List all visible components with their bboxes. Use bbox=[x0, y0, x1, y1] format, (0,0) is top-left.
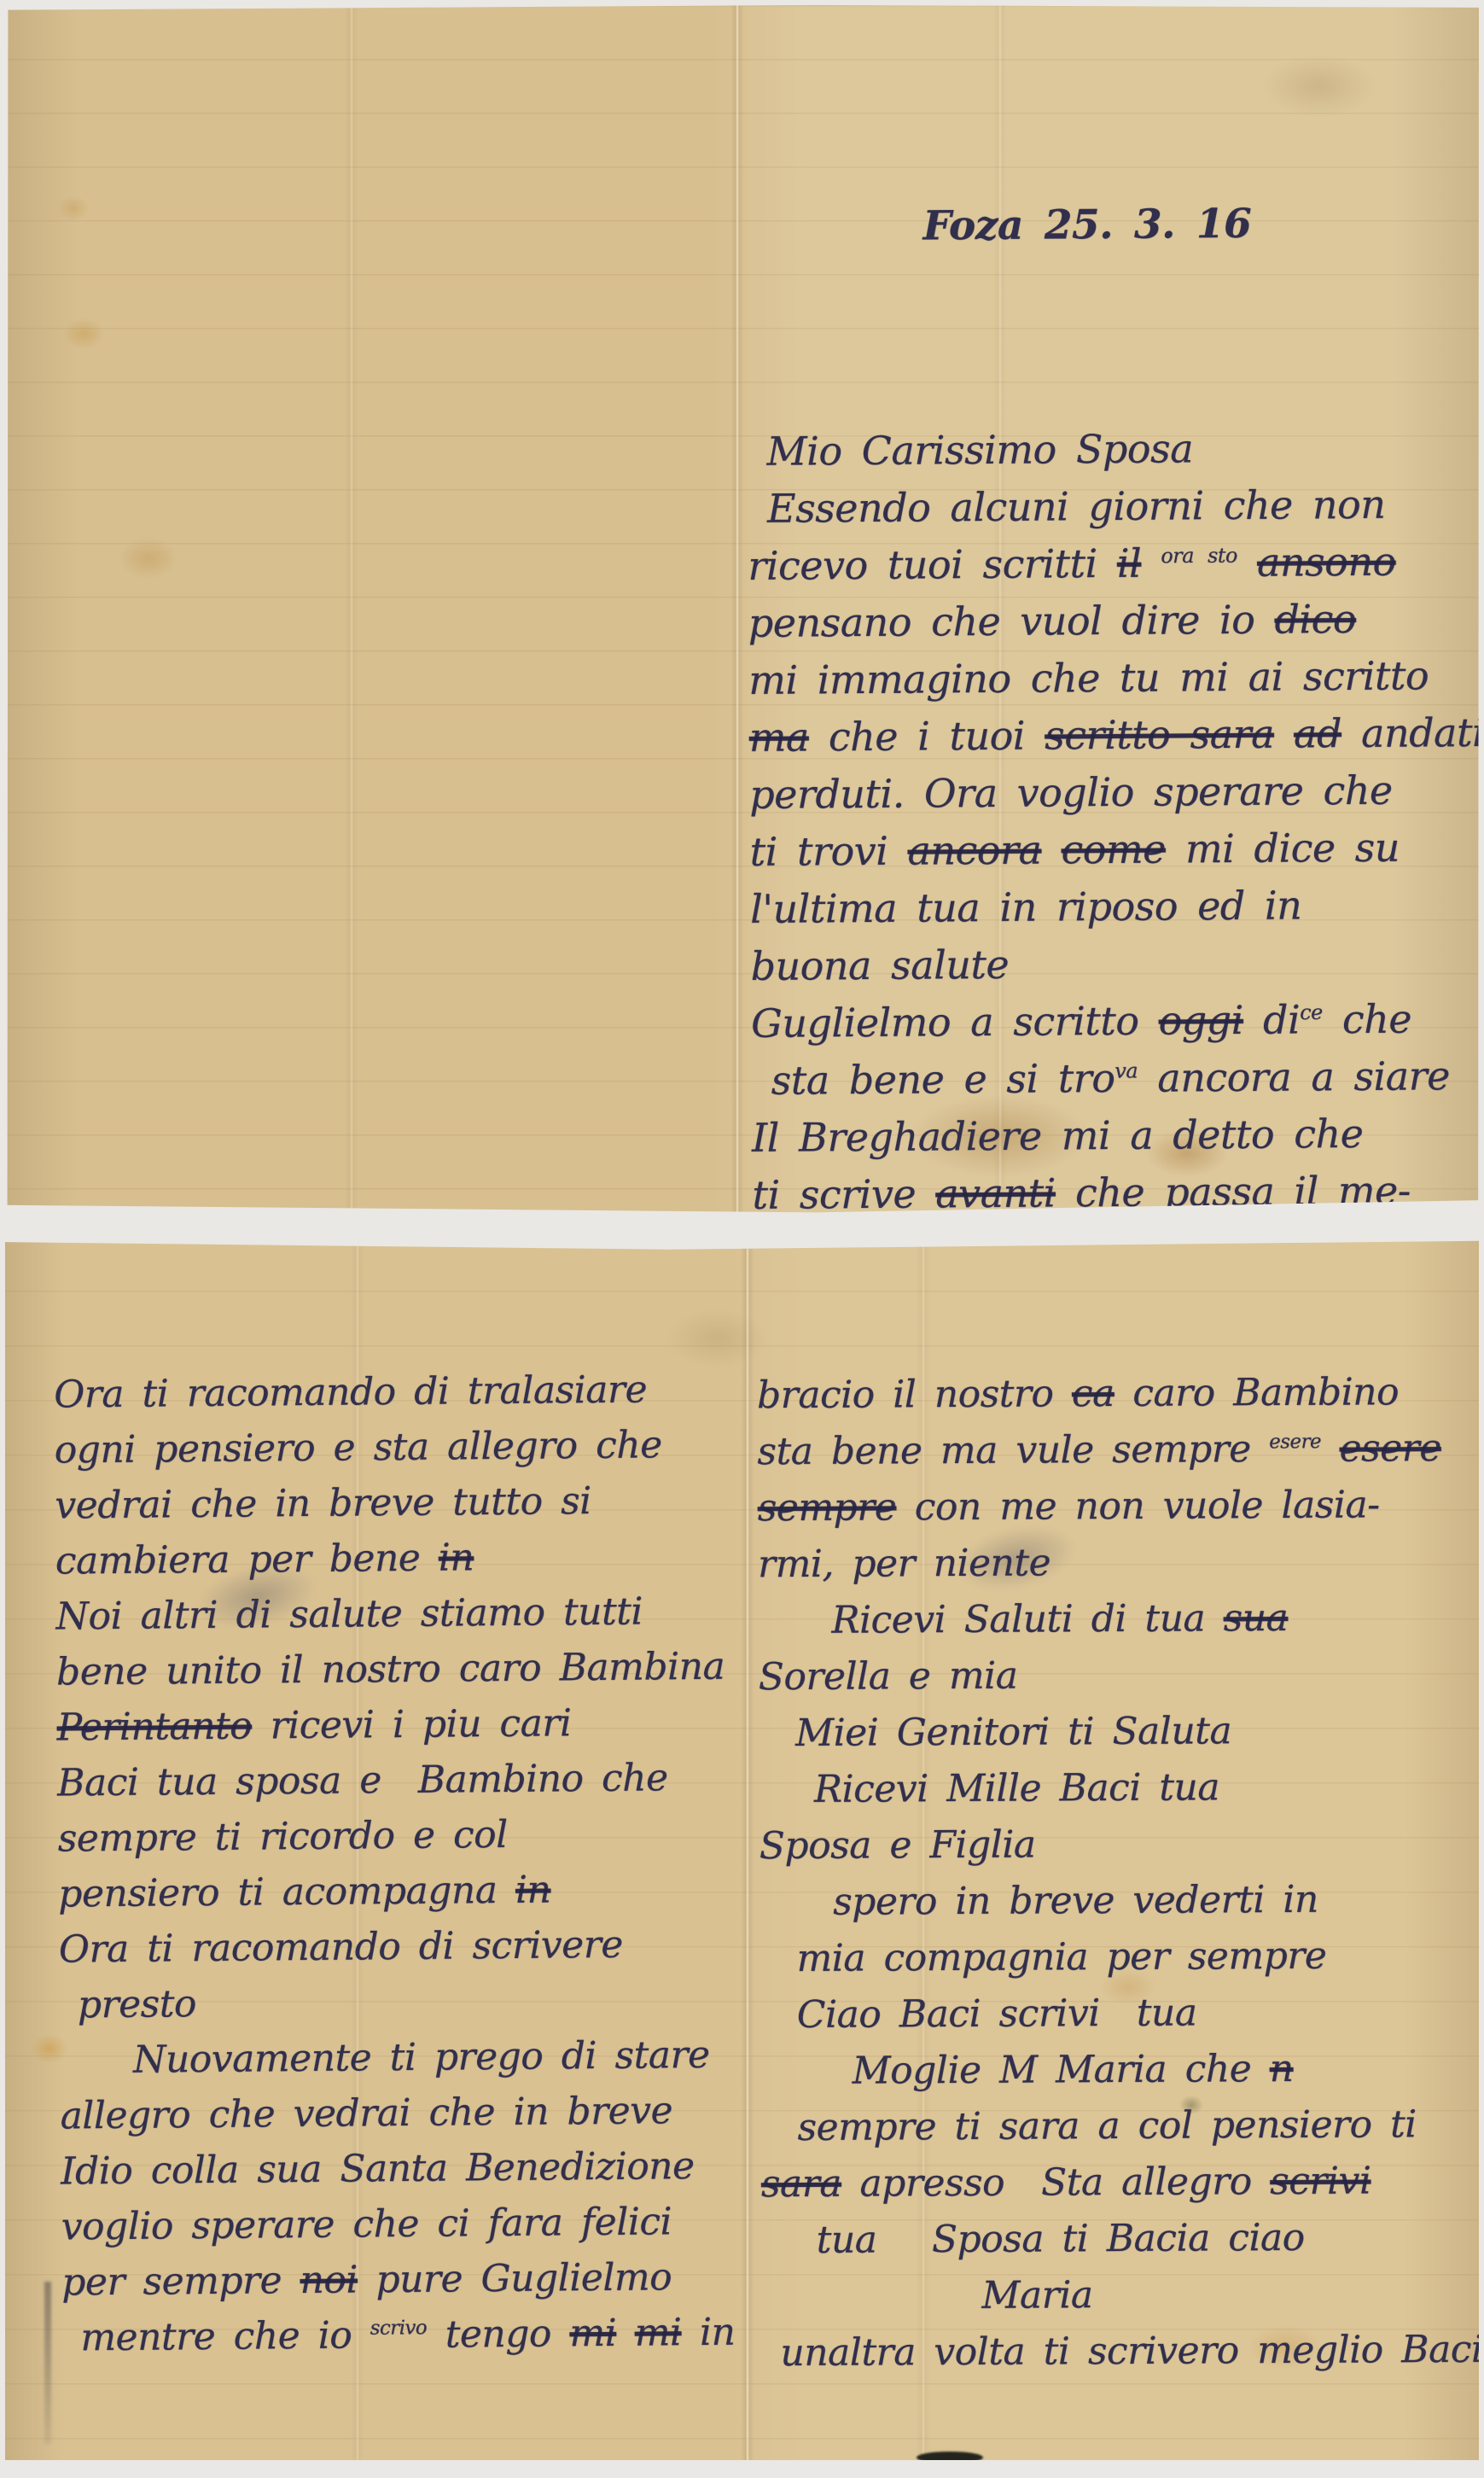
letter-line: buona salute bbox=[750, 933, 1467, 995]
letter-line: cambiera per bene in bbox=[55, 1528, 743, 1589]
letter-sheet-page-1: Foza 25. 3. 16 Mio Carissimo Sposa Essen… bbox=[5, 5, 1479, 1217]
letter-line: ogni pensiero e sta allegro che bbox=[54, 1417, 742, 1478]
letter-line: spero in breve vederti in bbox=[759, 1871, 1476, 1931]
letter-line: ti scrive avanti che passa il me- bbox=[752, 1162, 1469, 1224]
edge-ink-streak bbox=[44, 2282, 51, 2444]
letter-line: Ricevi Saluti di tua sua bbox=[758, 1589, 1475, 1649]
letter-line: sempre ti sara a col pensiero ti bbox=[760, 2096, 1477, 2156]
letter-line: vedrai che in breve tutto si bbox=[55, 1472, 742, 1534]
letter-line: Idio colla sua Santa Benedizione bbox=[61, 2137, 748, 2199]
letter-line: Baci tua sposa e Bambino che bbox=[57, 1749, 745, 1810]
letter-line: Ora ti racomando di scrivere bbox=[59, 1915, 747, 1977]
letter-line: Nuovamente ti prego di stare bbox=[60, 2026, 748, 2088]
letter-line: bene unito il nostro caro Bambina bbox=[56, 1638, 744, 1700]
letter-line: Ora ti racomando di tralasiare bbox=[54, 1361, 742, 1423]
fold-crease bbox=[730, 5, 744, 1217]
letter-line: Guglielmo a scritto oggi dice che bbox=[751, 990, 1468, 1052]
letter-line: ma che i tuoi scritto sara ad andati bbox=[749, 704, 1466, 767]
letter-line: mi immagino che tu mi ai scritto bbox=[748, 647, 1465, 709]
letter-line: ti trovi ancora come mi dice su bbox=[749, 819, 1466, 881]
letter-line: rmi, per niente bbox=[758, 1533, 1475, 1593]
letter-line: sara apresso Sta allegro scrivi bbox=[761, 2153, 1478, 2213]
letter-line: pensano che vuol dire io dico bbox=[748, 590, 1465, 652]
letter-line: allegro che vedrai che in breve bbox=[60, 2082, 748, 2143]
ink-blot bbox=[917, 2452, 983, 2463]
letter-line: Sposa e Figlia bbox=[759, 1815, 1476, 1875]
page1-lines: Mio Carissimo Sposa Essendo alcuni giorn… bbox=[747, 418, 1469, 1338]
letter-line: mia compagnia per sempre bbox=[759, 1927, 1476, 1987]
letter-line: tua Sposa ti Bacia ciao bbox=[761, 2209, 1478, 2269]
letter-line: sempre ti ricordo e col bbox=[57, 1805, 745, 1866]
letter-line: Perintanto ricevi i piu cari bbox=[56, 1694, 744, 1755]
letter-line: perduti. Ora voglio sperare che bbox=[749, 761, 1466, 824]
letter-line: l'ultima tua in riposo ed in bbox=[750, 876, 1467, 938]
letter-line: unaltra volta ti scrivero meglio Baci bbox=[762, 2322, 1479, 2382]
letter-line: voglio sperare che ci fara felici bbox=[61, 2193, 748, 2254]
letter-line: Sorella e mia bbox=[759, 1646, 1475, 1705]
page2-right-column: bracio il nostro ca caro Bambinosta bene… bbox=[757, 1364, 1479, 2382]
letter-line: Maria bbox=[761, 2265, 1478, 2325]
letter-line: Moglie M Maria che n bbox=[760, 2040, 1477, 2100]
letter-line: Il Breghadiere mi a detto che bbox=[752, 1105, 1469, 1167]
letter-line: bracio il nostro ca caro Bambino bbox=[757, 1364, 1474, 1424]
page2-left-column: Ora ti racomando di tralasiareogni pensi… bbox=[54, 1361, 749, 2366]
letter-line: sta bene e si trova ancora a siare bbox=[751, 1047, 1468, 1110]
letter-line: pensiero ti acompagna in bbox=[58, 1860, 746, 1921]
letter-line: Essendo alcuni giorni che non bbox=[748, 475, 1464, 538]
fold-crease bbox=[345, 5, 358, 1217]
letter-line: Mio Carissimo Sposa bbox=[747, 418, 1464, 481]
letter-line: per sempre noi pure Guglielmo bbox=[61, 2248, 749, 2310]
letter-line: Ricevi Mille Baci tua bbox=[759, 1758, 1475, 1818]
letter-line: sta bene ma vule sempre esere esere bbox=[757, 1420, 1474, 1480]
letter-line: Miei Genitori ti Saluta bbox=[759, 1702, 1475, 1762]
scanned-letter: { "colors":{ "paper":"#d9c192", "ink":"#… bbox=[0, 0, 1484, 2478]
letter-line: Ciao Baci scrivi tua bbox=[760, 1984, 1477, 2044]
letter-line: ricevo tuoi scritti il ora sto ansono bbox=[748, 533, 1464, 595]
letter-sheet-page-2: Ora ti racomando di tralasiareogni pensi… bbox=[5, 1236, 1479, 2460]
letter-line: presto bbox=[59, 1971, 747, 2032]
date-line: Foza 25. 3. 16 bbox=[922, 194, 1462, 254]
letter-line: Noi altri di salute stiamo tutti bbox=[55, 1583, 743, 1645]
letter-line: sempre con me non vuole lasia- bbox=[758, 1477, 1475, 1536]
letter-line: mentre che io scrivo tengo mi mi in bbox=[62, 2304, 750, 2365]
